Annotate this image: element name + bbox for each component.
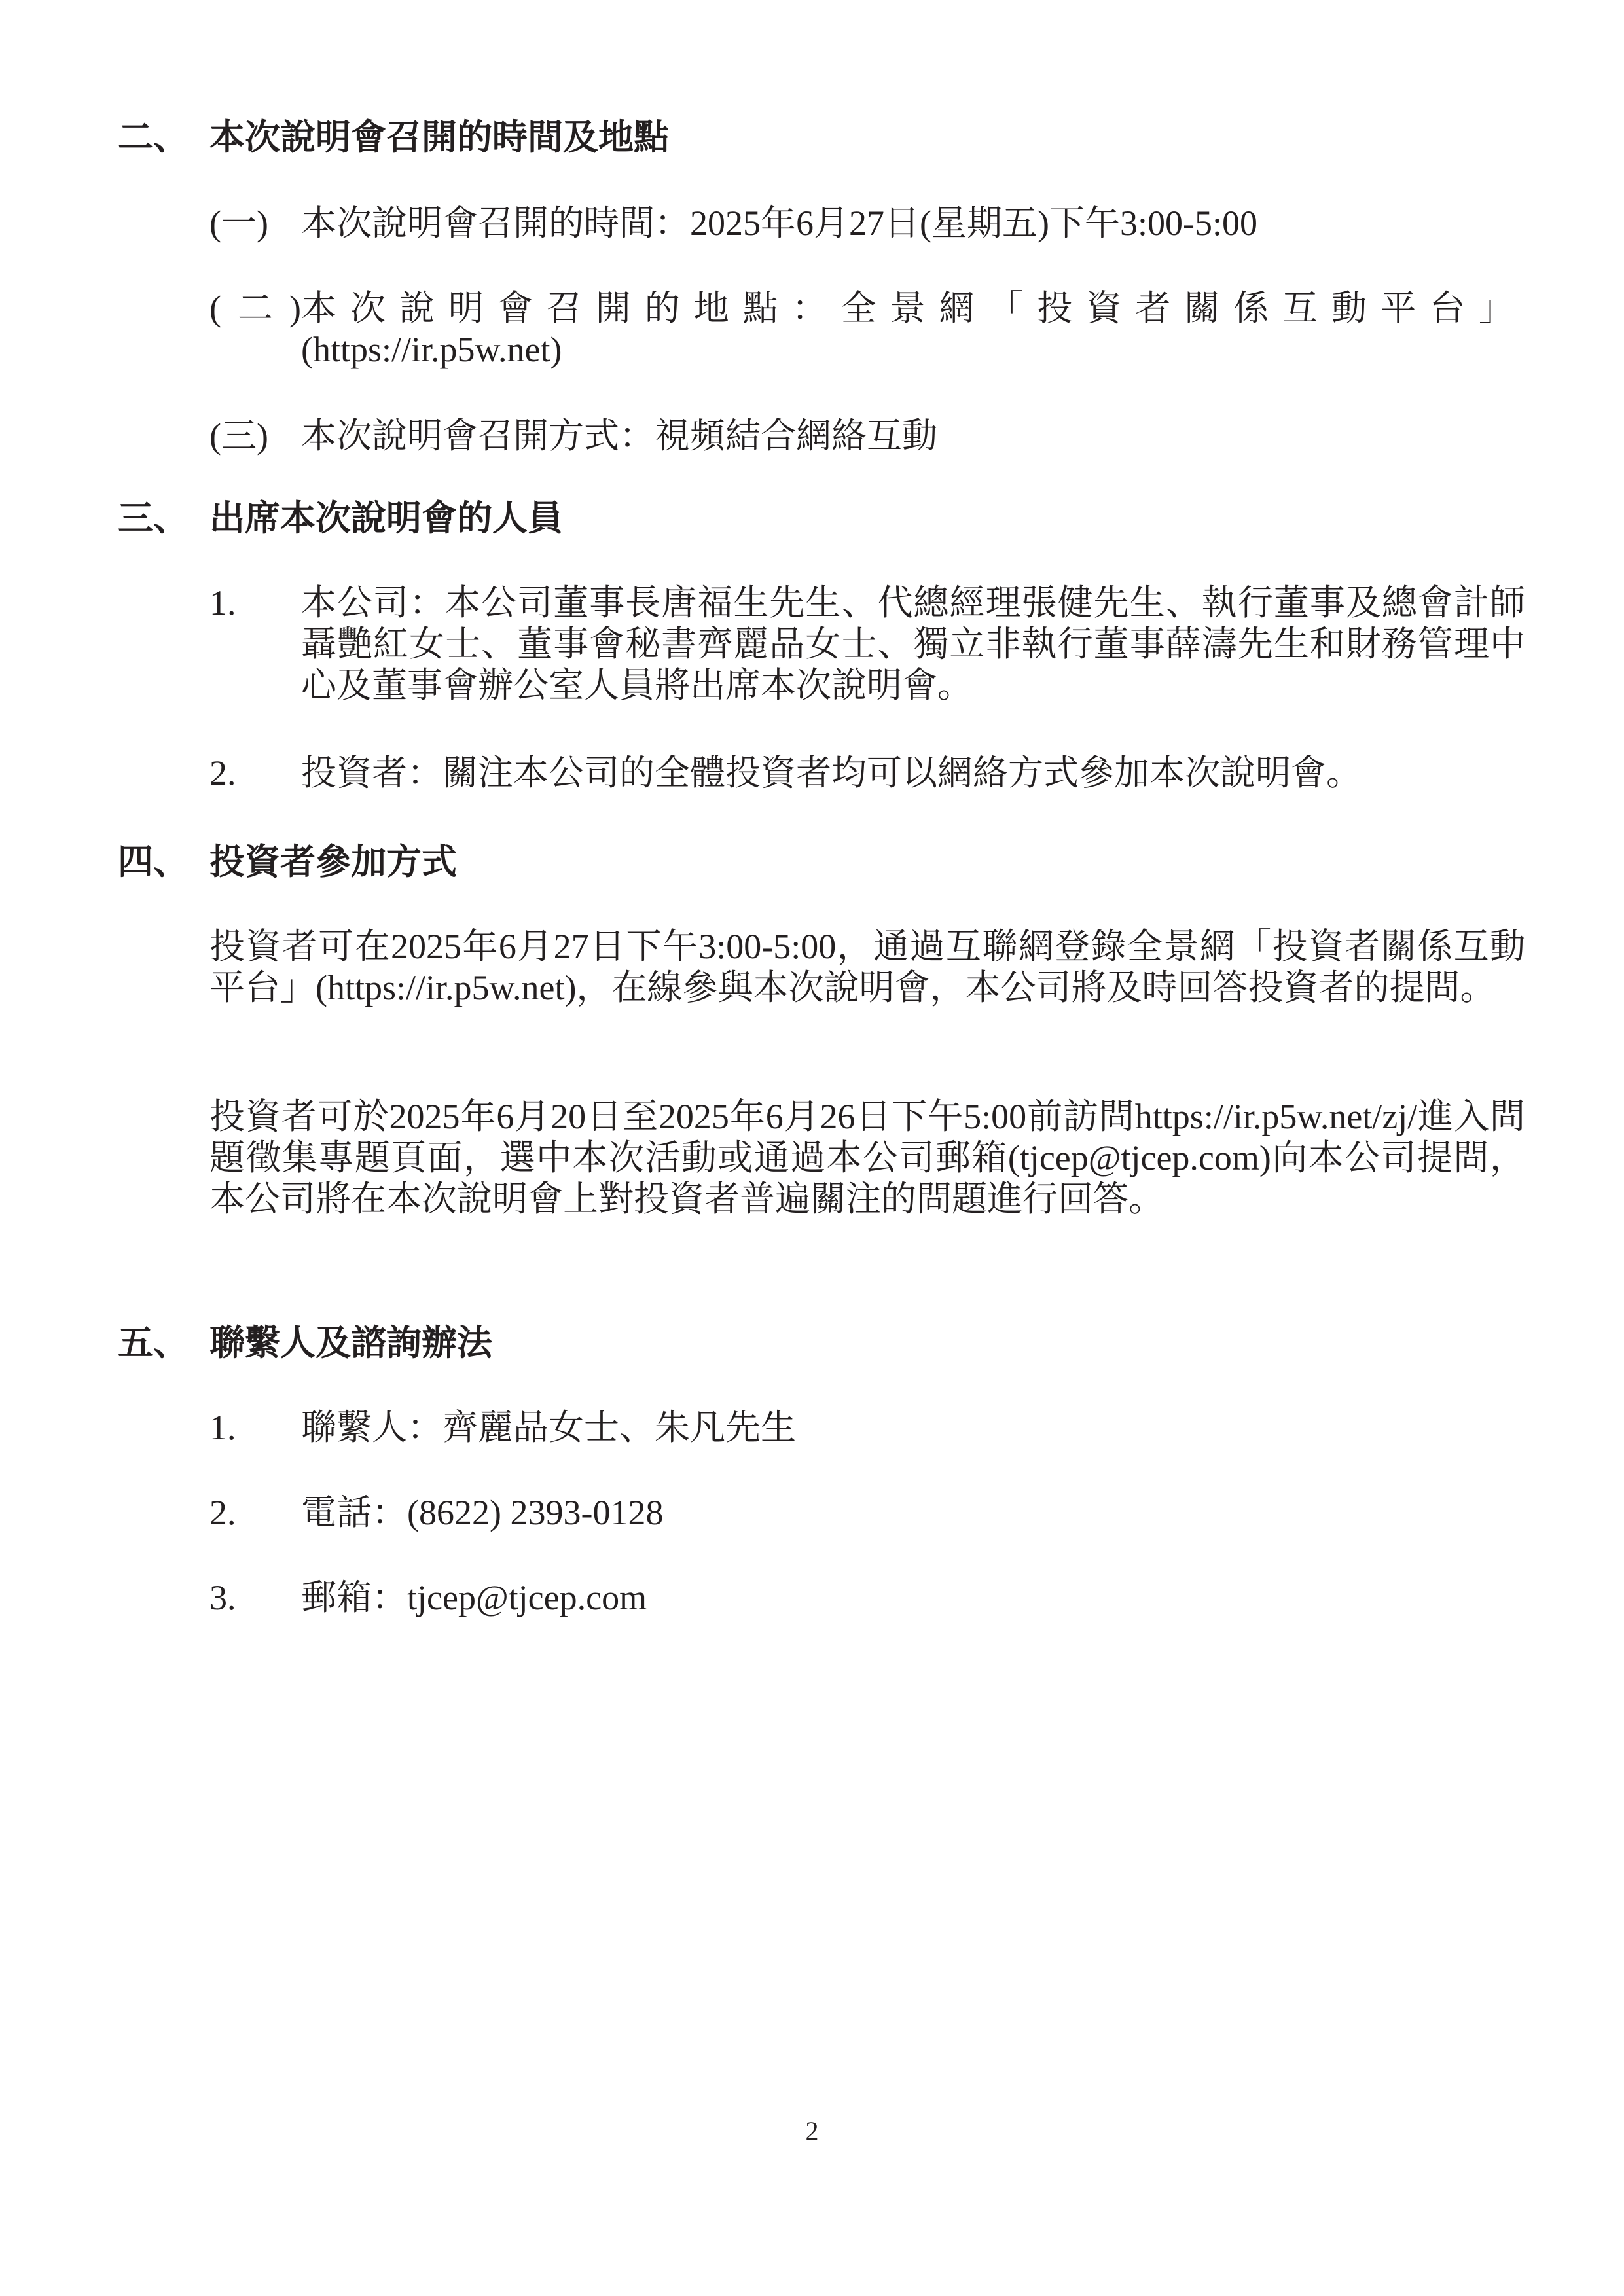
section-3-heading: 三、出席本次說明會的人員 (118, 497, 563, 539)
list-item: 1. 聯繫人：齊麗品女士、朱凡先生 (209, 1407, 1525, 1448)
sub-item-label: (二) (209, 288, 301, 329)
list-item: 3. 郵箱：tjcep@tjcep.com (209, 1577, 1525, 1619)
list-number: 1. (209, 583, 301, 706)
section-4-heading: 四、投資者參加方式 (118, 841, 457, 883)
section-number: 三、 (118, 497, 209, 539)
contact-person: 聯繫人：齊麗品女士、朱凡先生 (301, 1407, 1525, 1448)
list-text: 本公司：本公司董事長唐福生先生、代總經理張健先生、執行董事及總會計師聶艷紅女士、… (301, 583, 1525, 706)
list-item: 2. 電話：(8622) 2393-0128 (209, 1492, 1525, 1534)
page-number: 2 (0, 2115, 1624, 2146)
sub-item-text: 本次說明會召開方式：視頻結合網絡互動 (301, 416, 937, 456)
list-item: 2. 投資者：關注本公司的全體投資者均可以網絡方式參加本次說明會。 (209, 753, 1525, 794)
sub-item: (二)本次說明會召開的地點：全景網「投資者關係互動平台」 (https://ir… (209, 288, 1525, 370)
list-item: 1. 本公司：本公司董事長唐福生先生、代總經理張健先生、執行董事及總會計師聶艷紅… (209, 583, 1525, 706)
paragraph: 投資者可在2025年6月27日下午3:00-5:00，通過互聯網登錄全景網「投資… (209, 926, 1525, 1009)
sub-item-text: 本次說明會召開的地點：全景網「投資者關係互動平台」 (301, 288, 1525, 329)
section-5-heading: 五、聯繫人及諮詢辦法 (118, 1322, 492, 1364)
sub-item-text: 本次說明會召開的時間：2025年6月27日(星期五)下午3:00-5:00 (301, 204, 1257, 243)
list-number: 1. (209, 1407, 301, 1448)
section-title: 本次說明會召開的時間及地點 (209, 117, 669, 158)
sub-item-label: (一) (209, 203, 301, 244)
contact-email: 郵箱：tjcep@tjcep.com (301, 1577, 1525, 1619)
paragraph: 投資者可於2025年6月20日至2025年6月26日下午5:00前訪問https… (209, 1096, 1525, 1220)
section-number: 四、 (118, 841, 209, 883)
section-2-heading: 二、本次說明會召開的時間及地點 (118, 117, 669, 158)
section-title: 出席本次說明會的人員 (209, 497, 563, 539)
section-number: 五、 (118, 1322, 209, 1364)
list-number: 2. (209, 753, 301, 794)
list-number: 3. (209, 1577, 301, 1619)
section-title: 投資者參加方式 (209, 841, 457, 882)
sub-item-url: (https://ir.p5w.net) (209, 329, 1525, 370)
section-title: 聯繫人及諮詢辦法 (209, 1322, 492, 1363)
contact-phone: 電話：(8622) 2393-0128 (301, 1492, 1525, 1534)
list-number: 2. (209, 1492, 301, 1534)
sub-item-label: (三) (209, 416, 301, 457)
list-text: 投資者：關注本公司的全體投資者均可以網絡方式參加本次說明會。 (301, 753, 1525, 794)
section-number: 二、 (118, 117, 209, 158)
sub-item: (一)本次說明會召開的時間：2025年6月27日(星期五)下午3:00-5:00 (209, 203, 1519, 244)
sub-item: (三)本次說明會召開方式：視頻結合網絡互動 (209, 416, 1519, 457)
